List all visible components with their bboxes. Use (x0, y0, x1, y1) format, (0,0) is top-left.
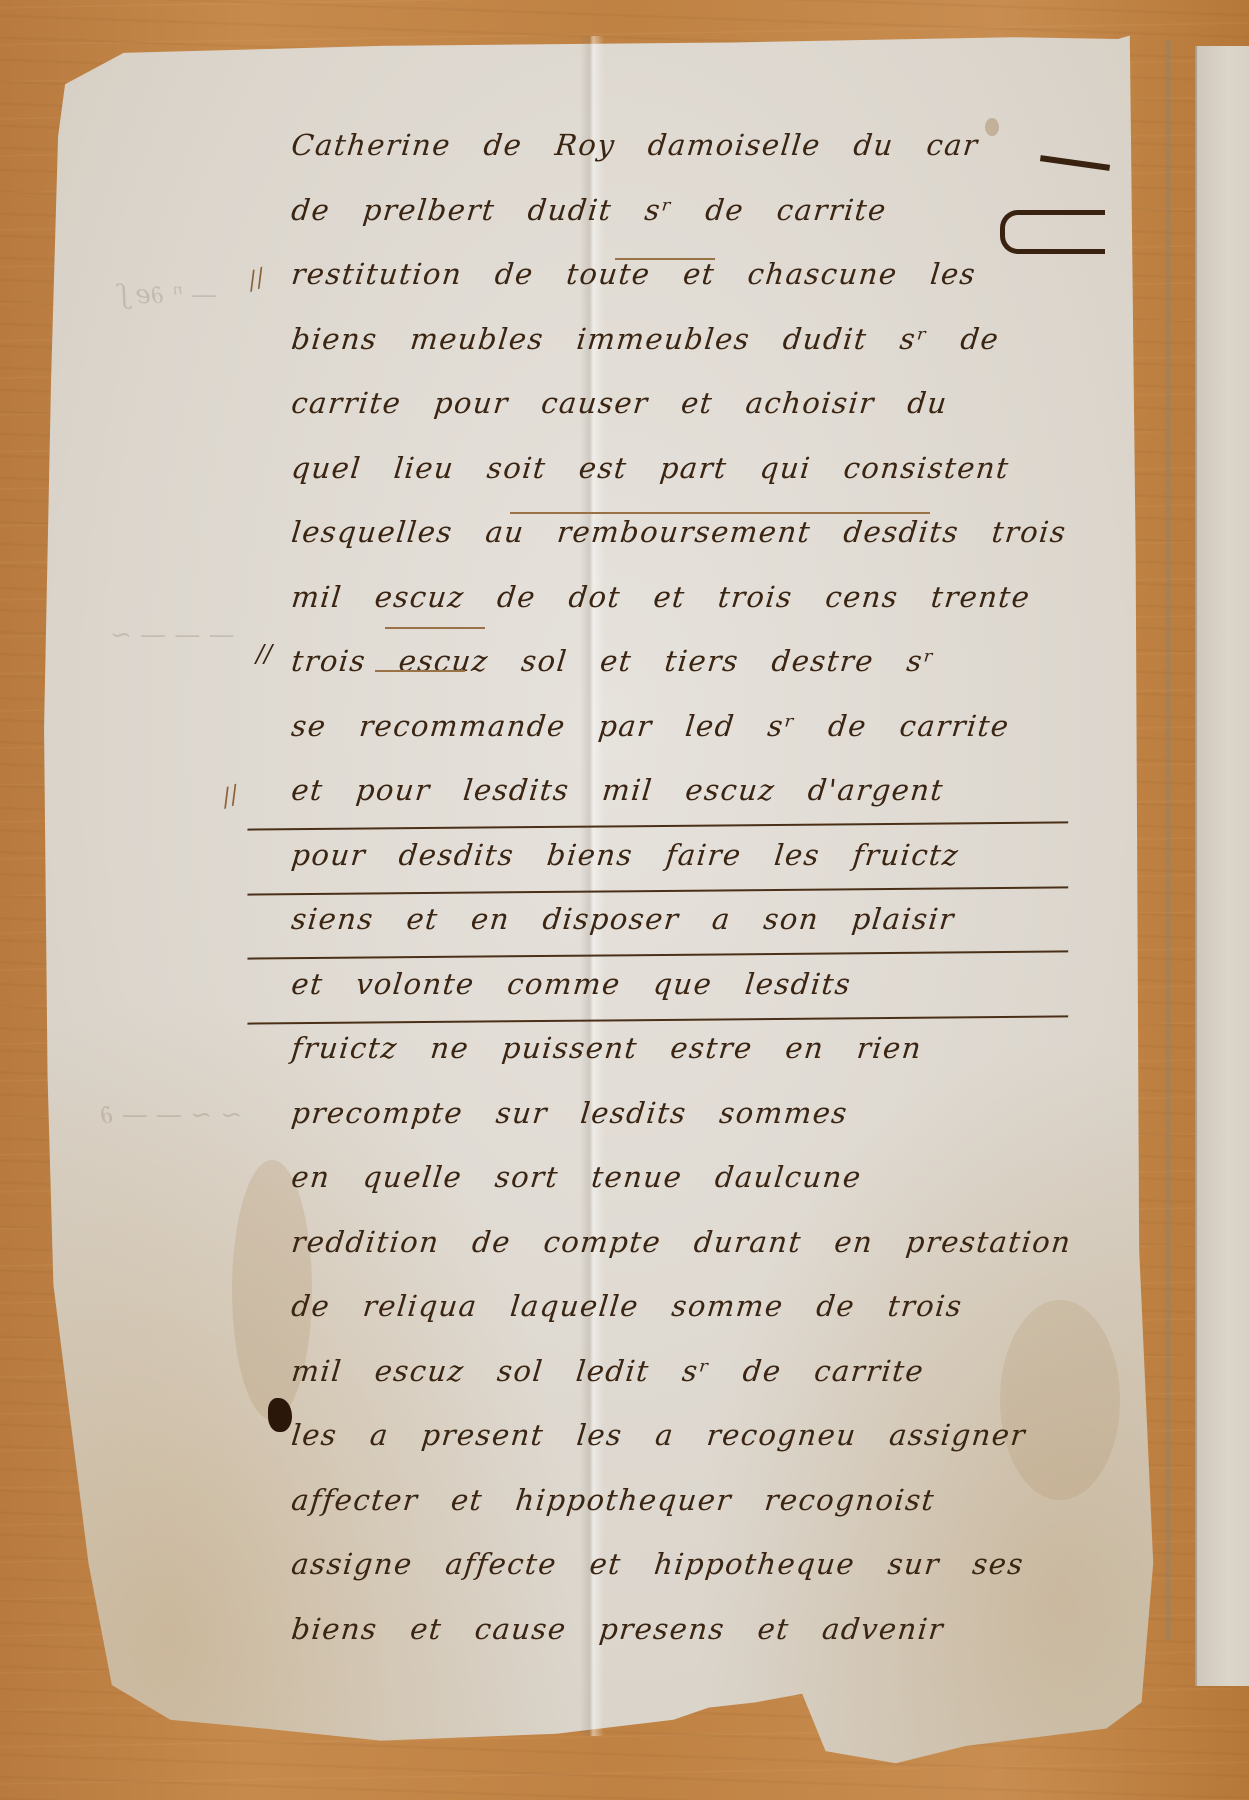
manuscript-text: Catherine de Roy damoiselle du car de pr… (290, 128, 1050, 1676)
manuscript-line: restitution de toute et chascune les (287, 257, 1054, 322)
manuscript-line: mil escuz sol ledit sʳ de carrite (287, 1354, 1054, 1419)
photo-background: { "document": { "type": "handwritten man… (0, 0, 1249, 1800)
manuscript-line-struck: et pour lesdits mil escuz d'argent (287, 773, 1054, 838)
manuscript-line: quel lieu soit est part qui consistent (287, 451, 1054, 516)
manuscript-line: de prelbert dudit sʳ de carrite (287, 193, 1054, 258)
editorial-underline (385, 627, 485, 629)
manuscript-line: carrite pour causer et achoisir du (287, 386, 1054, 451)
bleedthrough-text: — — — ~ (110, 620, 235, 650)
editorial-underline (615, 258, 715, 260)
manuscript-line-struck: et volonte comme que lesdits (287, 967, 1054, 1032)
manuscript-line: de reliqua laquelle somme de trois (287, 1289, 1054, 1354)
right-edge-crease (1165, 40, 1171, 1640)
editorial-underline (375, 670, 465, 672)
manuscript-line: precompte sur lesdits sommes (287, 1096, 1054, 1161)
editorial-underline (510, 512, 930, 514)
manuscript-line: biens meubles immeubles dudit sʳ de (287, 322, 1054, 387)
manuscript-line: reddition de compte durant en prestation (287, 1225, 1054, 1290)
manuscript-line: assigne affecte et hippotheque sur ses (287, 1547, 1054, 1612)
bleedthrough-text: ~ ~ — — ∂ (100, 1100, 242, 1130)
manuscript-line: biens et cause presens et advenir (287, 1612, 1054, 1677)
manuscript-line: en quelle sort tenue daulcune (287, 1160, 1054, 1225)
manuscript-line-struck: siens et en disposer a son plaisir (287, 902, 1054, 967)
manuscript-line-struck: pour desdits biens faire les fruictz (287, 838, 1054, 903)
manuscript-line: fruictz ne puissent estre en rien (287, 1031, 1054, 1096)
manuscript-line: lesquelles au remboursement desdits troi… (287, 515, 1054, 580)
bleedthrough-text: — ⁿ ∂e ʃ (120, 280, 217, 310)
manuscript-line: mil escuz de dot et trois cens trente (287, 580, 1054, 645)
manuscript-line: trois escuz sol et tiers destre sʳ (287, 644, 1054, 709)
margin-mark: // (256, 640, 272, 668)
manuscript-line: affecter et hippothequer recognoist (287, 1483, 1054, 1548)
adjacent-paper-sheet (1195, 46, 1249, 1686)
manuscript-line: se recommande par led sʳ de carrite (287, 709, 1054, 774)
manuscript-line: les a present les a recogneu assigner (287, 1418, 1054, 1483)
manuscript-line: Catherine de Roy damoiselle du car (287, 128, 1054, 193)
